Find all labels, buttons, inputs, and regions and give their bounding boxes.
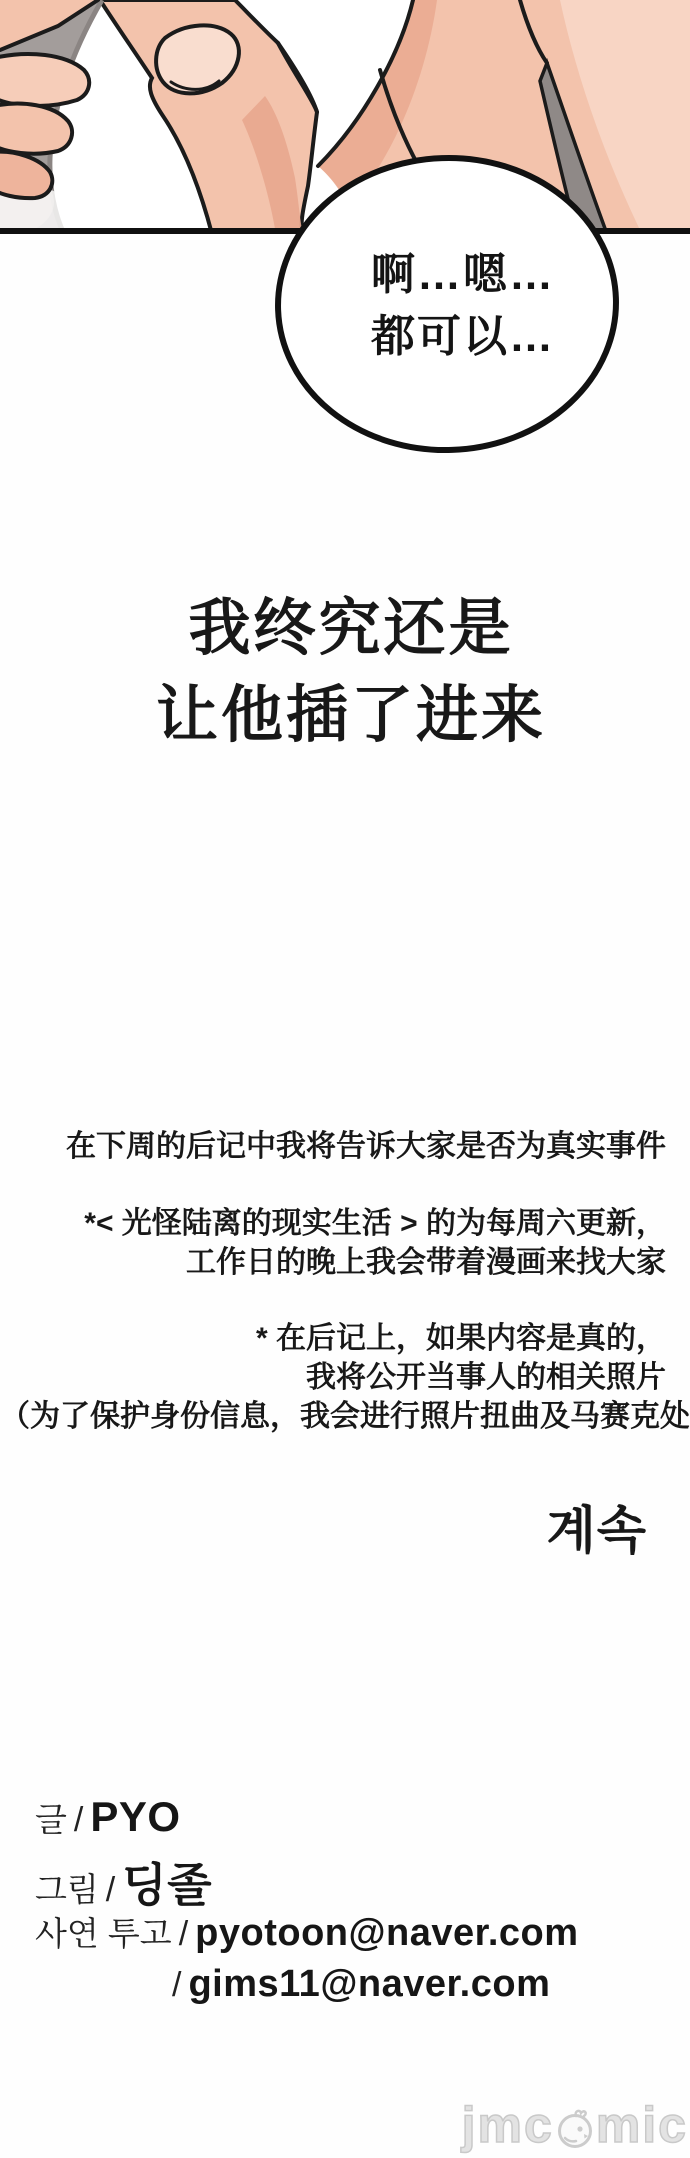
watermark-text-left: jmc — [462, 2096, 554, 2154]
author-notes-block-1: 在下周的后记中我将告诉大家是否为真实事件 *< 光怪陆离的现实生活 > 的为每周… — [0, 1127, 666, 1282]
comic-page: 啊…嗯… 都可以… 我终究还是 让他插了进来 在下周的后记中我将告诉大家是否为真… — [0, 0, 690, 2158]
credit-label: 그림 — [35, 1864, 99, 1911]
credit-row-second-email: / gims11@naver.com — [172, 1963, 550, 2006]
credit-email: gims11@naver.com — [188, 1963, 550, 2006]
credits: 글 / PYO 그림 / 딩졸 사연 투고 / pyotoon@naver.co… — [35, 1793, 555, 2023]
credit-row-writer: 글 / PYO — [35, 1793, 181, 1841]
note-line: * 在后记上，如果内容是真的， — [0, 1319, 666, 1358]
credit-separator: / — [74, 1801, 83, 1840]
bubble-line-2: 都可以… — [287, 306, 639, 368]
title-line-1: 我终究还是 — [12, 585, 690, 672]
note-line: （为了保护身份信息，我会进行照片扭曲及马赛克处理） — [0, 1397, 666, 1436]
note-line: 工作日的晚上我会带着漫画来找大家 — [0, 1243, 666, 1282]
speech-bubble-text: 啊…嗯… 都可以… — [287, 244, 639, 368]
watermark-chick-icon — [555, 2107, 595, 2149]
watermark: jmc mic — [462, 2096, 688, 2154]
credit-email: pyotoon@naver.com — [195, 1912, 578, 1955]
credit-row-artist: 그림 / 딩졸 — [35, 1849, 212, 1915]
credit-value: 딩졸 — [122, 1849, 212, 1915]
credit-value: PYO — [90, 1793, 180, 1841]
title-line-2: 让他插了进来 — [12, 672, 690, 759]
note-line: 在下周的后记中我将告诉大家是否为真实事件 — [0, 1127, 666, 1166]
continue-label: 계속 — [546, 1489, 647, 1563]
note-line: *< 光怪陆离的现实生活 > 的为每周六更新， — [0, 1204, 666, 1243]
credit-row-submission-email: 사연 투고 / pyotoon@naver.com — [35, 1908, 579, 1955]
author-notes-block-2: * 在后记上，如果内容是真的， 我将公开当事人的相关照片 （为了保护身份信息，我… — [0, 1319, 666, 1436]
panel-illustration — [0, 0, 690, 470]
watermark-text-right: mic — [596, 2096, 688, 2154]
note-line: 我将公开当事人的相关照片 — [0, 1358, 666, 1397]
credit-label: 사연 투고 — [35, 1908, 172, 1955]
story-title: 我终究还是 让他插了进来 — [0, 585, 690, 759]
credit-label: 글 — [35, 1794, 67, 1841]
bubble-line-1: 啊…嗯… — [287, 244, 639, 306]
credit-separator: / — [106, 1871, 115, 1910]
credit-separator: / — [179, 1915, 188, 1954]
credit-separator: / — [172, 1966, 181, 2005]
